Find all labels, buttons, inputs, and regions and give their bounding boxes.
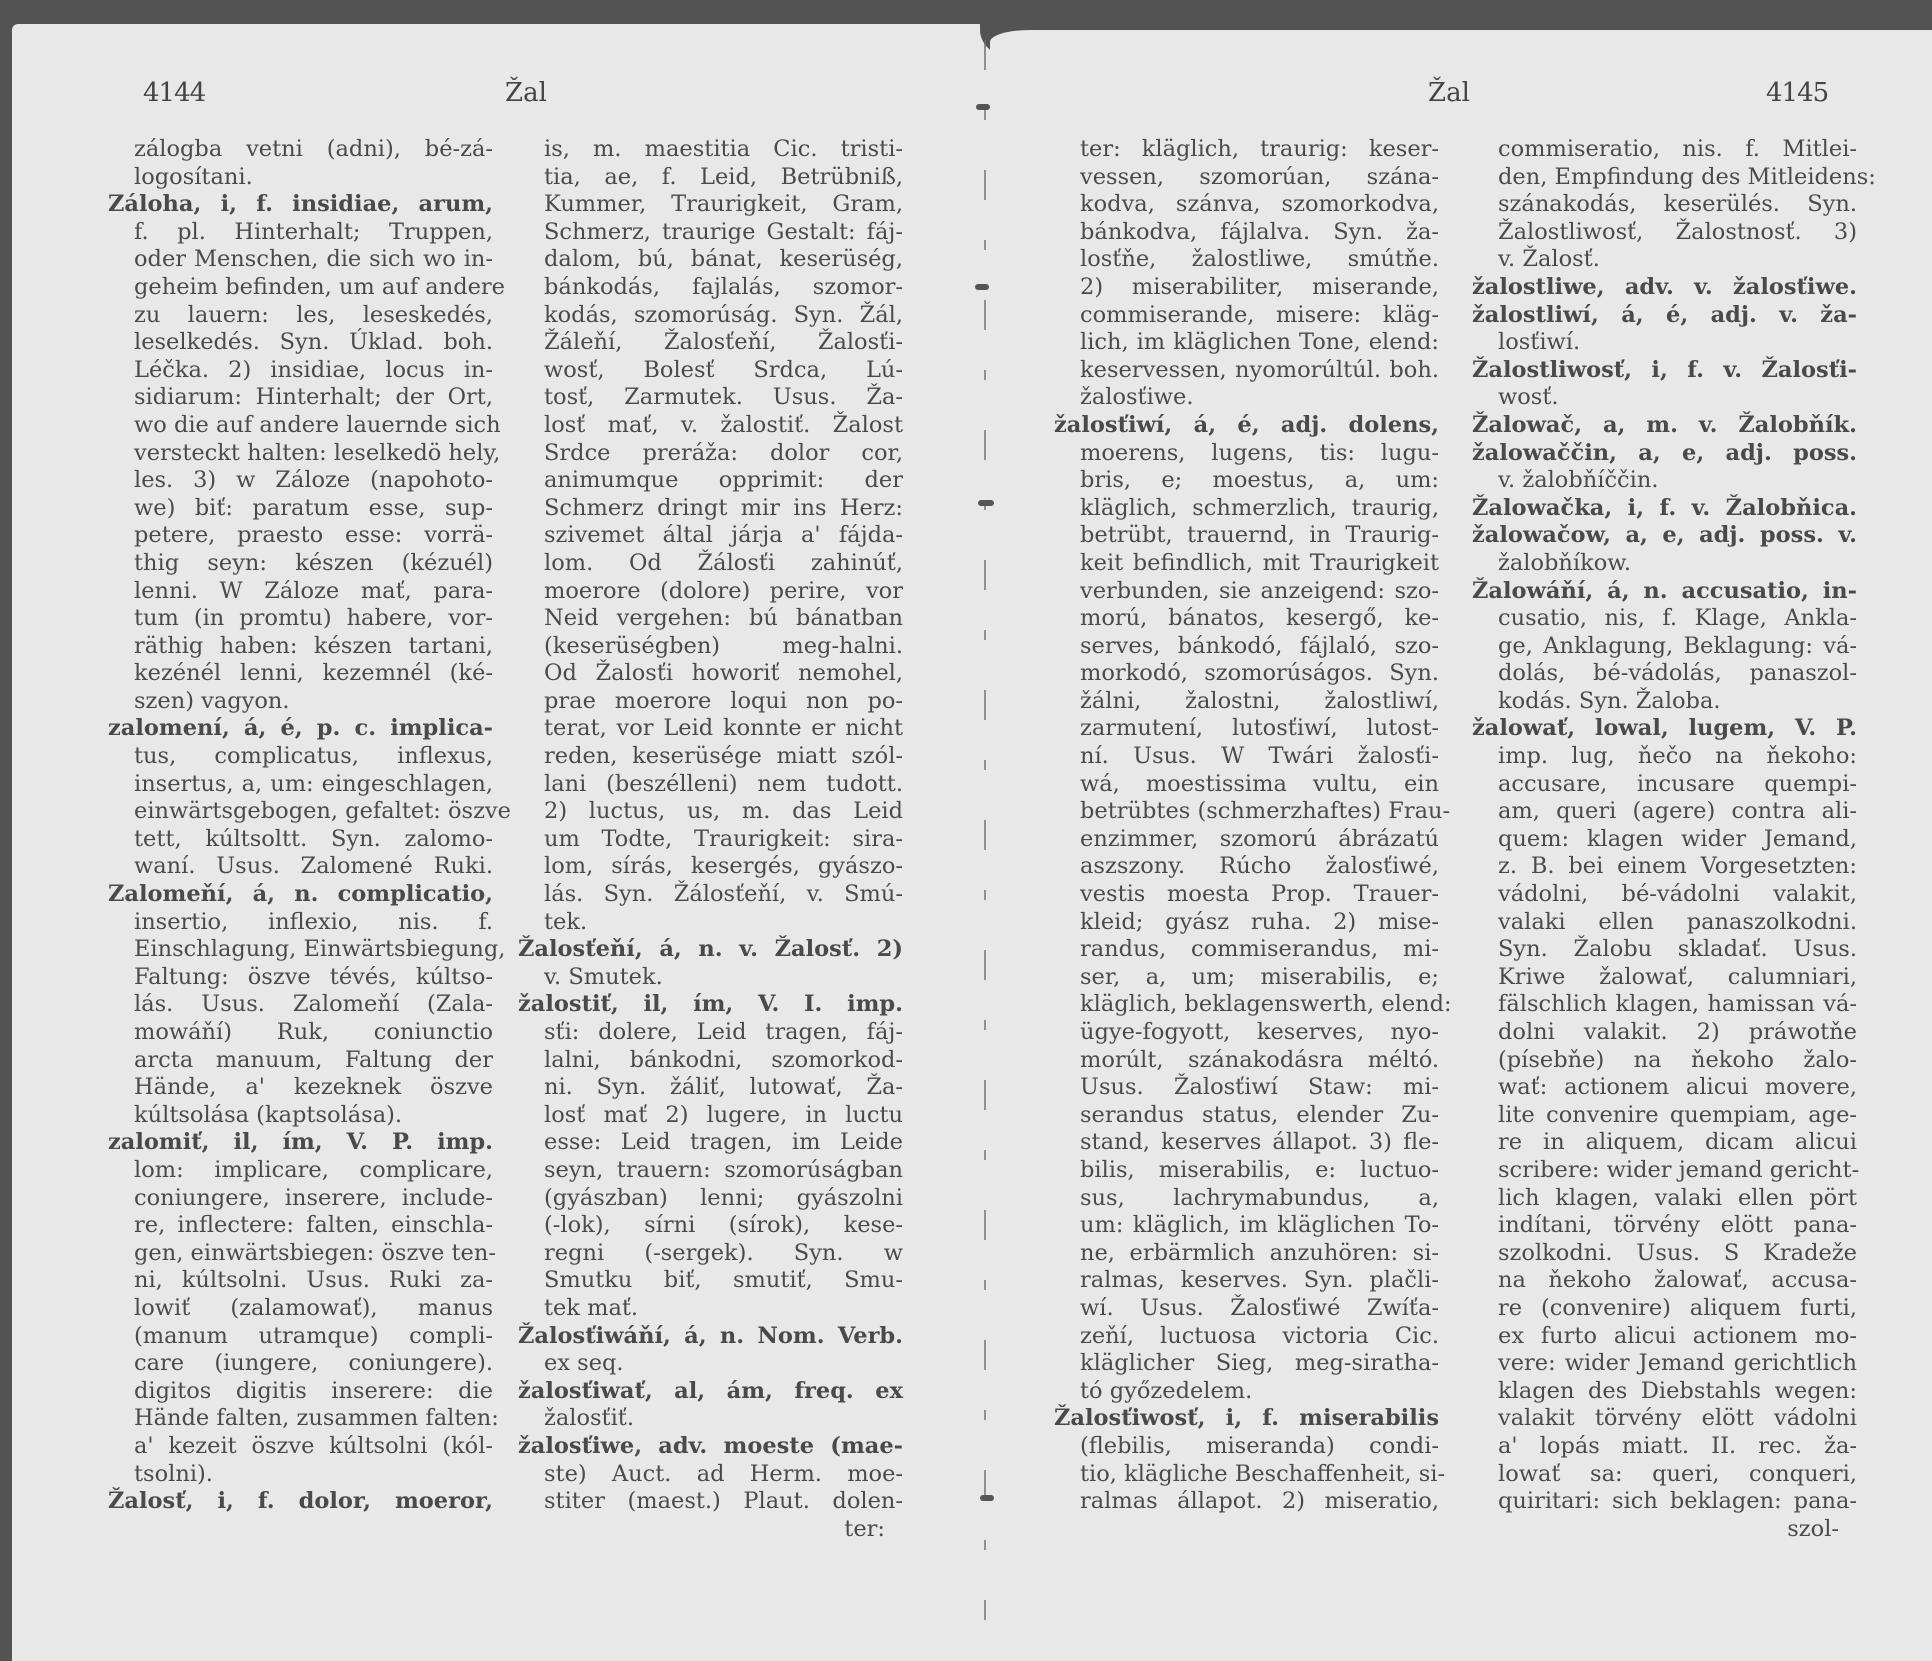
entry-text-line: moerens, lugens, tis: lugu-: [1054, 440, 1439, 468]
entry-text-line: a' lopás miatt. II. rec. ža-: [1472, 1433, 1857, 1461]
entry-text-line: vessen, szomorúan, szána-: [1054, 164, 1439, 192]
entry-text-line: ralmas állapot. 2) miseratio,: [1054, 1488, 1439, 1516]
entry-text-line: 2) luctus, us, m. das Leid: [518, 798, 903, 826]
entry-text-line: v. Žalosť.: [1472, 246, 1857, 274]
entry-text-line: ge, Anklagung, Beklagung: vá-: [1472, 633, 1857, 661]
entry-text-line: ní. Usus. W Twári žalosťi-: [1054, 743, 1439, 771]
entry-text-line: bánkodás, fajlalás, szomor-: [518, 274, 903, 302]
entry-text-line: accusare, incusare quempi-: [1472, 771, 1857, 799]
entry-text-line: waní. Usus. Zalomené Ruki.: [108, 853, 493, 881]
entry-text-line: we) biť: paratum esse, sup-: [108, 495, 493, 523]
entry-headword-line: žalosťiwí, á, é, adj. dolens,: [1054, 412, 1439, 440]
entry-text-line: geheim befinden, um auf andere: [108, 274, 493, 302]
entry-text-line: Smutku biť, smutiť, Smu-: [518, 1267, 903, 1295]
entry-headword-line: Žalostliwosť, i, f. v. Žalosťi-: [1472, 357, 1857, 385]
entry-text-line: Syn. Žalobu skladať. Usus.: [1472, 936, 1857, 964]
entry-text-line: terat, vor Leid konnte er nicht: [518, 715, 903, 743]
entry-text-line: (manum utramque) compli-: [108, 1323, 493, 1351]
entry-text-line: indítani, törvény elött pana-: [1472, 1212, 1857, 1240]
entry-text-line: scribere: wider jemand gericht-: [1472, 1157, 1857, 1185]
entry-text-line: (písebňe) na ňekoho žalo-: [1472, 1047, 1857, 1075]
entry-text-line: dolás, bé-vádolás, panaszol-: [1472, 660, 1857, 688]
entry-text-line: szánakodás, keserülés. Syn.: [1472, 191, 1857, 219]
entry-text-line: kezénél lenni, kezemnél (ké-: [108, 660, 493, 688]
text-column: ter: kläglich, traurig: keser-vessen, sz…: [1054, 136, 1439, 1516]
entry-text-line: Hände, a' kezeknek öszve: [108, 1074, 493, 1102]
entry-text-line: zálogba vetni (adni), bé-zá-: [108, 136, 493, 164]
entry-text-line: moerore (dolore) perire, vor: [518, 578, 903, 606]
entry-text-line: Kriwe žalowať, calumniari,: [1472, 964, 1857, 992]
entry-text-line: zeňí, luctuosa victoria Cic.: [1054, 1323, 1439, 1351]
entry-text-line: valakit törvény elött vádolni: [1472, 1405, 1857, 1433]
entry-headword-line: žalostliwe, adv. v. žalosťiwe.: [1472, 274, 1857, 302]
entry-text-line: Kummer, Traurigkeit, Gram,: [518, 191, 903, 219]
entry-text-line: a' kezeit öszve kúltsolni (kól-: [108, 1433, 493, 1461]
entry-text-line: z. B. bei einem Vorgesetzten:: [1472, 853, 1857, 881]
entry-text-line: Žalostliwosť, Žalostnosť. 3): [1472, 219, 1857, 247]
entry-text-line: bilis, miserabilis, e: luctuo-: [1054, 1157, 1439, 1185]
entry-text-line: randus, commiserandus, mi-: [1054, 936, 1439, 964]
entry-text-line: logosítani.: [108, 164, 493, 192]
entry-text-line: ex seq.: [518, 1350, 903, 1378]
entry-headword-line: žalostiť, il, ím, V. I. imp.: [518, 991, 903, 1019]
entry-text-line: losťňe, žalostliwe, smútňe.: [1054, 246, 1439, 274]
entry-headword-line: žalowačow, a, e, adj. poss. v.: [1472, 522, 1857, 550]
entry-text-line: Schmerz dringt mir ins Herz:: [518, 495, 903, 523]
entry-text-line: lom: implicare, complicare,: [108, 1157, 493, 1185]
entry-text-line: prae moerore loqui non po-: [518, 688, 903, 716]
entry-text-line: wá, moestissima vultu, ein: [1054, 771, 1439, 799]
entry-text-line: sťi: dolere, Leid tragen, fáj-: [518, 1019, 903, 1047]
entry-text-line: (keserüségben) meg-halni.: [518, 633, 903, 661]
running-head: Žal: [1428, 78, 1470, 108]
entry-text-line: care (iungere, coniungere).: [108, 1350, 493, 1378]
entry-text-line: keservessen, nyomorúltúl. boh.: [1054, 357, 1439, 385]
right-page: Žal 4145 ter: kläglich, traurig: keser-v…: [966, 0, 1932, 1661]
entry-text-line: stiter (maest.) Plaut. dolen-: [518, 1488, 903, 1516]
entry-text-line: bánkodva, fájlalva. Syn. ža-: [1054, 219, 1439, 247]
entry-text-line: quiritari: sich beklagen: pana-: [1472, 1488, 1857, 1516]
entry-text-line: szivemet által járja a' fájda-: [518, 522, 903, 550]
entry-text-line: tia, ae, f. Leid, Betrübniß,: [518, 164, 903, 192]
entry-text-line: kodás. Syn. Žaloba.: [1472, 688, 1857, 716]
entry-text-line: dalom, bú, bánat, keserüség,: [518, 246, 903, 274]
page-number: 4144: [143, 78, 205, 108]
entry-text-line: sus, lachrymabundus, a,: [1054, 1185, 1439, 1213]
entry-text-line: žalosťiwe.: [1054, 384, 1439, 412]
entry-text-line: reden, keserüsége miatt szól-: [518, 743, 903, 771]
entry-text-line: esse: Leid tragen, im Leide: [518, 1129, 903, 1157]
entry-text-line: f. pl. Hinterhalt; Truppen,: [108, 219, 493, 247]
entry-text-line: is, m. maestitia Cic. tristi-: [518, 136, 903, 164]
entry-text-line: imp. lug, ňečo na ňekoho:: [1472, 743, 1857, 771]
entry-text-line: regni (-sergek). Syn. w: [518, 1240, 903, 1268]
entry-text-line: losť mať 2) lugere, in luctu: [518, 1102, 903, 1130]
entry-headword-line: zalomiť, il, ím, V. P. imp.: [108, 1129, 493, 1157]
entry-text-line: tek.: [518, 909, 903, 937]
entry-headword-line: žalosťiwe, adv. moeste (mae-: [518, 1433, 903, 1461]
entry-text-line: bris, e; moestus, a, um:: [1054, 467, 1439, 495]
entry-text-line: gen, einwärtsbiegen: öszve ten-: [108, 1240, 493, 1268]
page-number: 4145: [1766, 78, 1828, 108]
running-head: Žal: [505, 78, 547, 108]
entry-text-line: betrübtes (schmerzhaftes) Frau-: [1054, 798, 1439, 826]
entry-headword-line: Žalosťeňí, á, n. v. Žalosť. 2): [518, 936, 903, 964]
entry-text-line: digitos digitis inserere: die: [108, 1378, 493, 1406]
entry-text-line: arcta manuum, Faltung der: [108, 1047, 493, 1075]
entry-text-line: vestis moesta Prop. Trauer-: [1054, 881, 1439, 909]
entry-text-line: leselkedés. Syn. Úklad. boh.: [108, 329, 493, 357]
entry-text-line: wí. Usus. Žalosťiwé Zwíťa-: [1054, 1295, 1439, 1323]
entry-text-line: serandus status, elender Zu-: [1054, 1102, 1439, 1130]
entry-text-line: žálni, žalostni, žalostliwí,: [1054, 688, 1439, 716]
entry-text-line: lalni, bánkodni, szomorkod-: [518, 1047, 903, 1075]
entry-text-line: szolkodni. Usus. S Kradeže: [1472, 1240, 1857, 1268]
entry-text-line: tsolni).: [108, 1461, 493, 1489]
entry-headword-line: Záloha, i, f. insidiae, arum,: [108, 191, 493, 219]
entry-text-line: mowáňí) Ruk, coniunctio: [108, 1019, 493, 1047]
entry-text-line: Faltung: öszve tévés, kúltso-: [108, 964, 493, 992]
entry-text-line: dolni valakit. 2) práwotňe: [1472, 1019, 1857, 1047]
entry-text-line: lenni. W Záloze mať, para-: [108, 578, 493, 606]
entry-text-line: v. Smutek.: [518, 964, 903, 992]
entry-headword-line: Žalosťiwosť, i, f. miserabilis: [1054, 1405, 1439, 1433]
entry-text-line: lowať sa: queri, conqueri,: [1472, 1461, 1857, 1489]
entry-text-line: ter:: [518, 1516, 903, 1544]
entry-text-line: žalobňíkow.: [1472, 550, 1857, 578]
entry-text-line: um Todte, Traurigkeit: sira-: [518, 826, 903, 854]
entry-text-line: wať: actionem alicui movere,: [1472, 1074, 1857, 1102]
entry-text-line: lom. Od Žálosťi zahinúť,: [518, 550, 903, 578]
entry-text-line: na ňekoho žalowať, accusa-: [1472, 1267, 1857, 1295]
entry-text-line: um: kläglich, im kläglichen To-: [1054, 1212, 1439, 1240]
entry-text-line: kodva, szánva, szomorkodva,: [1054, 191, 1439, 219]
entry-text-line: kodás, szomorúság. Syn. Žál,: [518, 302, 903, 330]
entry-text-line: den, Empfindung des Mitleidens:: [1472, 164, 1857, 192]
entry-text-line: klagen des Diebstahls wegen:: [1472, 1378, 1857, 1406]
entry-text-line: tett, kúltsoltt. Syn. zalomo-: [108, 826, 493, 854]
entry-text-line: lás. Syn. Žálosťeňí, v. Smú-: [518, 881, 903, 909]
entry-text-line: zu lauern: les, leseskedés,: [108, 302, 493, 330]
entry-text-line: kúltsolása (kaptsolása).: [108, 1102, 493, 1130]
entry-text-line: verbunden, sie anzeigend: szo-: [1054, 578, 1439, 606]
entry-text-line: vere: wider Jemand gerichtlich: [1472, 1350, 1857, 1378]
entry-text-line: wosť, Bolesť Srdca, Lú-: [518, 357, 903, 385]
entry-text-line: Žáleňí, Žalosťeňí, Žalosťi-: [518, 329, 903, 357]
entry-headword-line: zalomení, á, é, p. c. implica-: [108, 715, 493, 743]
entry-text-line: Schmerz, traurige Gestalt: fáj-: [518, 219, 903, 247]
entry-text-line: les. 3) w Záloze (napohoto-: [108, 467, 493, 495]
entry-text-line: ex furto alicui actionem mo-: [1472, 1323, 1857, 1351]
entry-text-line: seyn, trauern: szomorúságban: [518, 1157, 903, 1185]
entry-text-line: Hände falten, zusammen falten:: [108, 1405, 493, 1433]
entry-text-line: tio, klägliche Beschaffenheit, si-: [1054, 1461, 1439, 1489]
entry-text-line: v. žalobňíččin.: [1472, 467, 1857, 495]
entry-text-line: einwärtsgebogen, gefaltet: öszve: [108, 798, 493, 826]
entry-text-line: (gyászban) lenni; gyászolni: [518, 1185, 903, 1213]
entry-text-line: losťiwí.: [1472, 329, 1857, 357]
entry-text-line: kleid; gyász ruha. 2) mise-: [1054, 909, 1439, 937]
entry-text-line: thig seyn: készen (kézuél): [108, 550, 493, 578]
entry-text-line: commiserande, misere: kläg-: [1054, 302, 1439, 330]
entry-headword-line: Žalosťiwáňí, á, n. Nom. Verb.: [518, 1323, 903, 1351]
entry-text-line: ni, kúltsolni. Usus. Ruki za-: [108, 1267, 493, 1295]
entry-text-line: commiseratio, nis. f. Mitlei-: [1472, 136, 1857, 164]
entry-text-line: tus, complicatus, inflexus,: [108, 743, 493, 771]
entry-text-line: enzimmer, szomorú ábrázatú: [1054, 826, 1439, 854]
entry-text-line: Od Žalosťi howoriť nemohel,: [518, 660, 903, 688]
left-page: 4144 Žal zálogba vetni (adni), bé-zá-log…: [0, 0, 966, 1661]
entry-text-line: žalosťiť.: [518, 1405, 903, 1433]
entry-text-line: insertio, inflexio, nis. f.: [108, 909, 493, 937]
entry-text-line: kläglich, schmerzlich, traurig,: [1054, 495, 1439, 523]
entry-text-line: tosť, Zarmutek. Usus. Ža-: [518, 384, 903, 412]
entry-text-line: losť mať, v. žalostiť. Žalost: [518, 412, 903, 440]
entry-text-line: szen) vagyon.: [108, 688, 493, 716]
entry-text-line: petere, praesto esse: vorrä-: [108, 522, 493, 550]
entry-text-line: ser, a, um; miserabilis, e;: [1054, 964, 1439, 992]
entry-text-line: Usus. Žalosťiwí Staw: mi-: [1054, 1074, 1439, 1102]
entry-text-line: lom, sírás, kesergés, gyászo-: [518, 853, 903, 881]
entry-text-line: serves, bánkodó, fájlaló, szo-: [1054, 633, 1439, 661]
entry-text-line: aszszony. Rúcho žalosťiwé,: [1054, 853, 1439, 881]
entry-text-line: wo die auf andere lauernde sich: [108, 412, 493, 440]
entry-text-line: ter: kläglich, traurig: keser-: [1054, 136, 1439, 164]
entry-text-line: lowiť (zalamowať), manus: [108, 1295, 493, 1323]
entry-headword-line: žalowaččin, a, e, adj. poss.: [1472, 440, 1857, 468]
entry-text-line: (-lok), sírni (sírok), kese-: [518, 1212, 903, 1240]
entry-text-line: quem: klagen wider Jemand,: [1472, 826, 1857, 854]
entry-text-line: tek mať.: [518, 1295, 903, 1323]
entry-headword-line: Žalowačka, i, f. v. Žalobňica.: [1472, 495, 1857, 523]
entry-text-line: sidiarum: Hinterhalt; der Ort,: [108, 384, 493, 412]
entry-text-line: kläglich, beklagenswerth, elend:: [1054, 991, 1439, 1019]
entry-text-line: re in aliquem, dicam alicui: [1472, 1129, 1857, 1157]
entry-text-line: betrübt, trauernd, in Traurig-: [1054, 522, 1439, 550]
entry-text-line: oder Menschen, die sich wo in-: [108, 246, 493, 274]
entry-text-line: re (convenire) aliquem furti,: [1472, 1295, 1857, 1323]
entry-text-line: 2) miserabiliter, miserande,: [1054, 274, 1439, 302]
entry-text-line: morúlt, szánakodásra méltó.: [1054, 1047, 1439, 1075]
entry-headword-line: žalostliwí, á, é, adj. v. ža-: [1472, 302, 1857, 330]
text-column: commiseratio, nis. f. Mitlei-den, Empfin…: [1472, 136, 1857, 1543]
entry-text-line: kläglicher Sieg, meg-siratha-: [1054, 1350, 1439, 1378]
entry-text-line: versteckt halten: leselkedö hely,: [108, 440, 493, 468]
entry-text-line: ügye-fogyott, keserves, nyo-: [1054, 1019, 1439, 1047]
entry-text-line: keit befindlich, mit Traurigkeit: [1054, 550, 1439, 578]
entry-text-line: lite convenire quempiam, age-: [1472, 1102, 1857, 1130]
entry-text-line: Srdce preráža: dolor cor,: [518, 440, 903, 468]
entry-headword-line: Žalowač, a, m. v. Žalobňík.: [1472, 412, 1857, 440]
entry-text-line: cusatio, nis, f. Klage, Ankla-: [1472, 605, 1857, 633]
entry-text-line: Einschlagung, Einwärtsbiegung,: [108, 936, 493, 964]
entry-text-line: am, queri (agere) contra ali-: [1472, 798, 1857, 826]
entry-text-line: lich, im kläglichen Tone, elend:: [1054, 329, 1439, 357]
entry-text-line: szol-: [1472, 1516, 1857, 1544]
entry-text-line: morkodó, szomorúságos. Syn.: [1054, 660, 1439, 688]
entry-text-line: ne, erbärmlich anzuhören: si-: [1054, 1240, 1439, 1268]
entry-text-line: ralmas, keserves. Syn. plačli-: [1054, 1267, 1439, 1295]
entry-text-line: räthig haben: készen tartani,: [108, 633, 493, 661]
entry-text-line: Léčka. 2) insidiae, locus in-: [108, 357, 493, 385]
entry-text-line: stand, keserves állapot. 3) fle-: [1054, 1129, 1439, 1157]
entry-text-line: lás. Usus. Zalomeňí (Zala-: [108, 991, 493, 1019]
entry-headword-line: žalosťiwať, al, ám, freq. ex: [518, 1378, 903, 1406]
entry-text-line: ste) Auct. ad Herm. moe-: [518, 1461, 903, 1489]
entry-text-line: vádolni, bé-vádolni valakit,: [1472, 881, 1857, 909]
entry-text-line: tó győzedelem.: [1054, 1378, 1439, 1406]
entry-text-line: zarmutení, lutosťiwí, lutost-: [1054, 715, 1439, 743]
entry-text-line: coniungere, inserere, include-: [108, 1185, 493, 1213]
entry-text-line: ni. Syn. žáliť, lutowať, Ža-: [518, 1074, 903, 1102]
entry-text-line: animumque opprimit: der: [518, 467, 903, 495]
entry-text-line: morú, bánatos, kesergő, ke-: [1054, 605, 1439, 633]
entry-text-line: re, inflectere: falten, einschla-: [108, 1212, 493, 1240]
entry-headword-line: Zalomeňí, á, n. complicatio,: [108, 881, 493, 909]
entry-headword-line: žalowať, lowal, lugem, V. P.: [1472, 715, 1857, 743]
entry-text-line: lani (beszélleni) nem tudott.: [518, 771, 903, 799]
entry-text-line: valaki ellen panaszolkodni.: [1472, 909, 1857, 937]
entry-text-line: Neid vergehen: bú bánatban: [518, 605, 903, 633]
text-column: zálogba vetni (adni), bé-zá-logosítani.Z…: [108, 136, 493, 1516]
entry-text-line: insertus, a, um: eingeschlagen,: [108, 771, 493, 799]
entry-text-line: tum (in promtu) habere, vor-: [108, 605, 493, 633]
entry-text-line: lich klagen, valaki ellen pört: [1472, 1185, 1857, 1213]
entry-text-line: wosť.: [1472, 384, 1857, 412]
text-column: is, m. maestitia Cic. tristi-tia, ae, f.…: [518, 136, 903, 1543]
entry-text-line: fälschlich klagen, hamissan vá-: [1472, 991, 1857, 1019]
entry-headword-line: Žalowáňí, á, n. accusatio, in-: [1472, 578, 1857, 606]
entry-headword-line: Žalosť, i, f. dolor, moeror,: [108, 1488, 493, 1516]
entry-text-line: (flebilis, miseranda) condi-: [1054, 1433, 1439, 1461]
